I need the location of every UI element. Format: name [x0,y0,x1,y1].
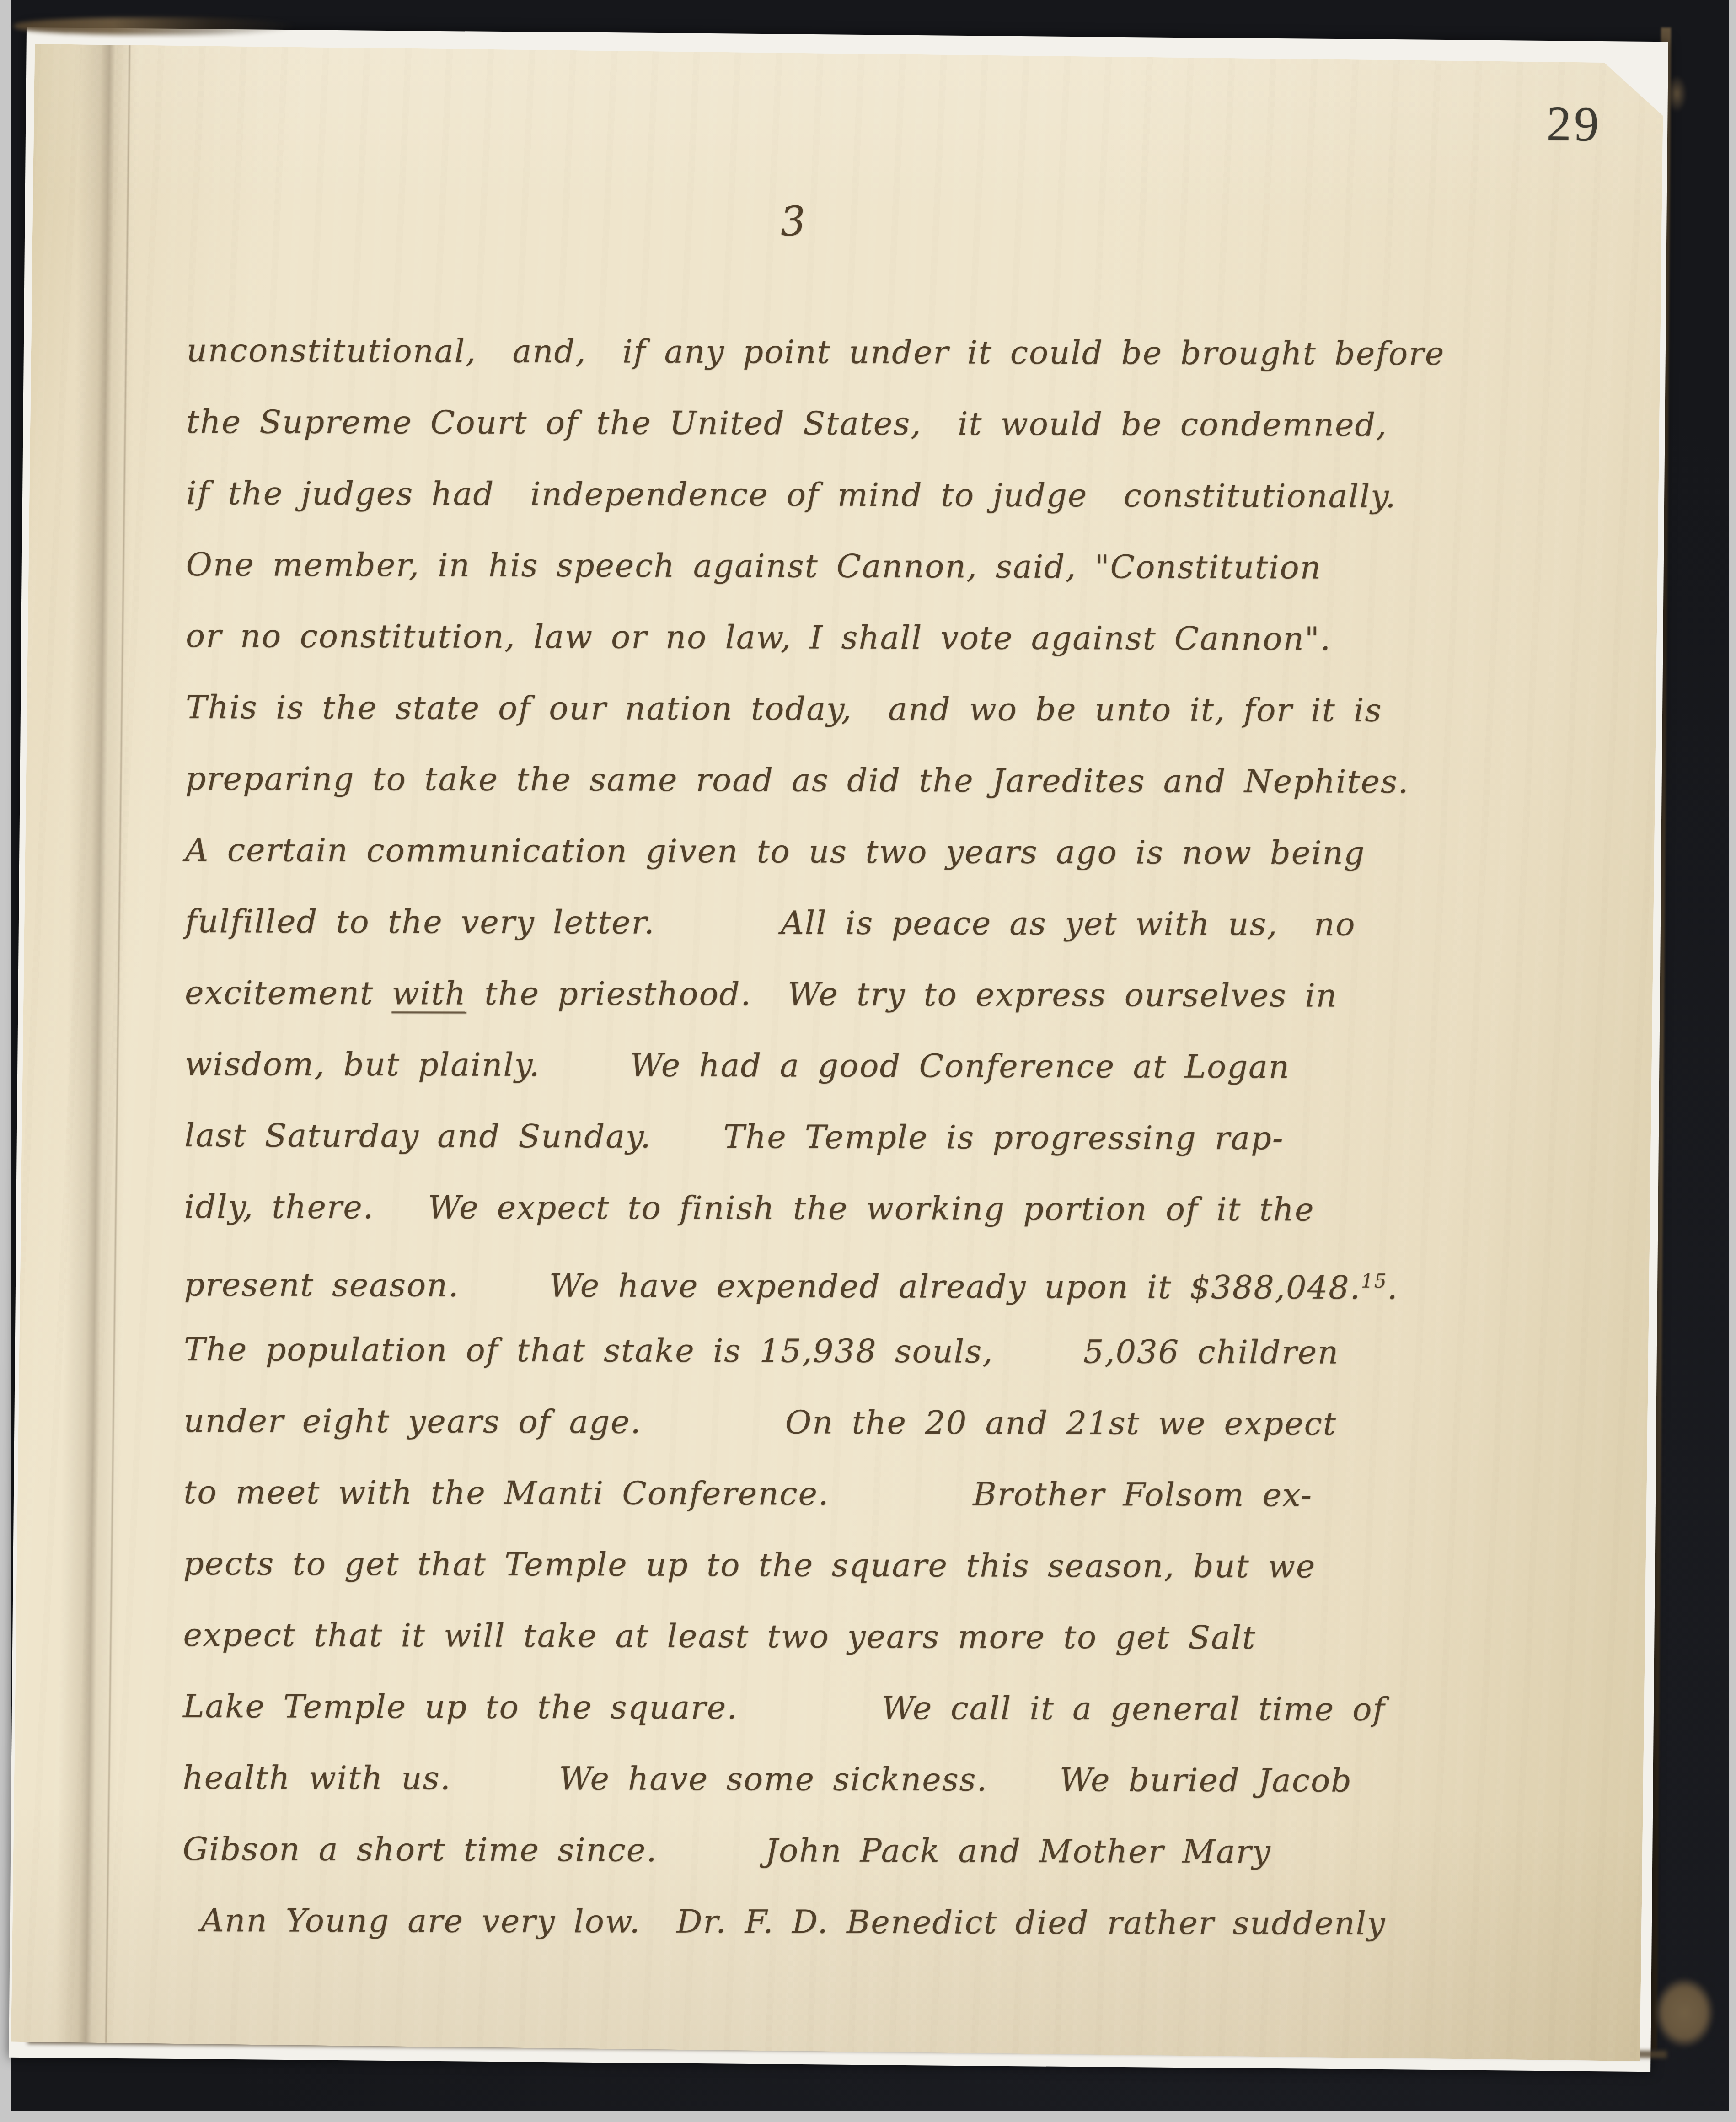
manuscript-line: preparing to take the same road as did t… [185,743,1640,818]
manuscript-line: Lake Temple up to the square. We call it… [183,1671,1637,1746]
handwritten-text: to meet with the Manti Conference. Broth… [183,1473,1313,1514]
manuscript-line: One member, in his speech against Cannon… [186,529,1640,604]
binding-fray-top [14,17,297,35]
handwritten-text: the Supreme Court of the United States, … [186,403,1387,444]
handwritten-text: . [1387,1269,1398,1306]
manuscript-line: present season. We have expended already… [184,1242,1638,1317]
handwritten-text: if the judges had independence of mind t… [186,474,1397,515]
manuscript-line: expect that it will take at least two ye… [183,1599,1637,1674]
handwritten-text: This is the state of our nation today, a… [186,688,1382,729]
handwritten-text: unconstitutional, and, if any point unde… [187,332,1445,372]
binding-fray-bottom-right [1645,1967,1723,2058]
handwritten-text: The population of that stake is 15,938 s… [184,1331,1339,1371]
handwritten-text: One member, in his speech against Cannon… [186,546,1322,586]
manuscript-line: Gibson a short time since. John Pack and… [182,1813,1637,1888]
manuscript-line: under eight years of age. On the 20 and … [183,1385,1638,1460]
handwritten-sheet-number: 3 [779,201,807,242]
handwritten-text: or no constitution, law or no law, I sha… [186,617,1331,658]
manuscript-line: health with us. We have some sickness. W… [182,1742,1637,1817]
manuscript-line: wisdom, but plainly. We had a good Confe… [185,1028,1639,1103]
underlined-word: with [391,974,466,1012]
manuscript-line: last Saturday and Sunday. The Temple is … [184,1100,1639,1175]
scanned-manuscript-page: 29 3 unconstitutional, and, if any point… [0,0,1736,2122]
manuscript-line: to meet with the Manti Conference. Broth… [183,1456,1638,1531]
handwritten-text: idly, there. We expect to finish the wor… [184,1188,1315,1228]
manuscript-line: idly, there. We expect to finish the wor… [184,1171,1639,1246]
handwritten-text: health with us. We have some sickness. W… [183,1759,1353,1800]
manuscript-line: unconstitutional, and, if any point unde… [187,315,1641,390]
handwritten-text: preparing to take the same road as did t… [185,760,1409,800]
handwritten-text: present season. We have expended already… [184,1266,1361,1306]
handwritten-text: Lake Temple up to the square. We call it… [183,1687,1386,1728]
manuscript-line: pects to get that Temple up to the squar… [183,1528,1638,1603]
manuscript-line: the Supreme Court of the United States, … [186,386,1640,461]
handwritten-text: pects to get that Temple up to the squar… [183,1545,1316,1585]
handwritten-text: fulfilled to the very letter. All is pea… [185,903,1356,943]
manuscript-line: if the judges had independence of mind t… [186,457,1640,532]
manuscript-line: The population of that stake is 15,938 s… [184,1314,1638,1389]
manuscript-line: A certain communication given to us two … [185,814,1640,889]
manuscript-line: Ann Young are very low. Dr. F. D. Benedi… [182,1885,1637,1960]
handwritten-text: Ann Young are very low. Dr. F. D. Benedi… [201,1902,1386,1942]
handwritten-text: under eight years of age. On the 20 and … [184,1402,1337,1443]
handwritten-text: last Saturday and Sunday. The Temple is … [184,1117,1284,1157]
printed-page-number: 29 [1546,99,1602,149]
left-fold-crease [55,44,138,2043]
manuscript-line: excitement with the priesthood. We try t… [185,957,1639,1032]
manuscript-line: This is the state of our nation today, a… [186,672,1640,747]
handwritten-text: excitement [185,974,392,1012]
handwritten-text-block: unconstitutional, and, if any point unde… [182,315,1641,1960]
manuscript-line: fulfilled to the very letter. All is pea… [185,886,1639,961]
handwritten-text: A certain communication given to us two … [185,831,1366,872]
handwritten-text: the priesthood. We try to express oursel… [466,975,1338,1015]
handwritten-text: Gibson a short time since. John Pack and… [182,1830,1271,1870]
manuscript-line: or no constitution, law or no law, I sha… [186,600,1640,675]
handwritten-text: 15 [1361,1270,1388,1292]
left-fold-crease-line [105,45,130,2043]
handwritten-text: expect that it will take at least two ye… [183,1616,1256,1656]
handwritten-text: wisdom, but plainly. We had a good Confe… [185,1045,1290,1085]
